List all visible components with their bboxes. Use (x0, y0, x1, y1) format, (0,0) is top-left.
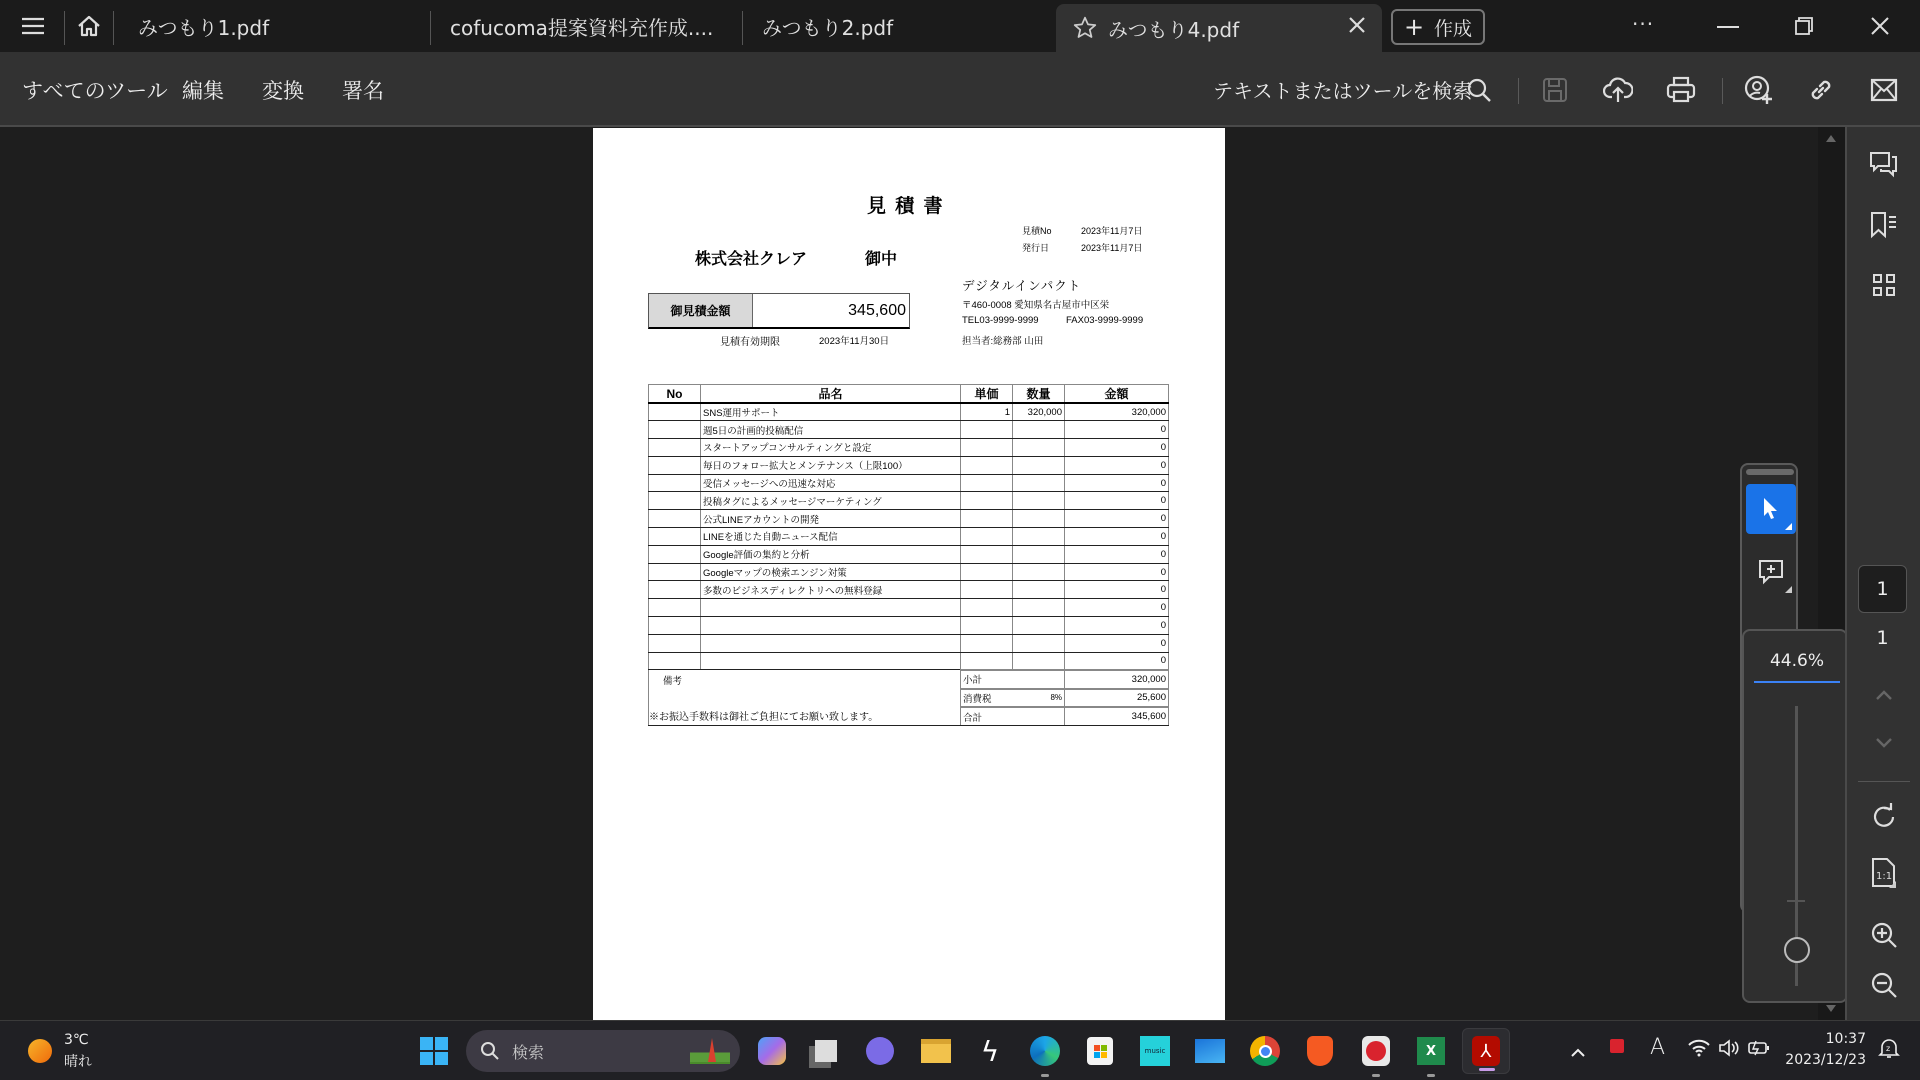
copilot-icon[interactable] (752, 1031, 792, 1071)
row-unit-price (961, 599, 1013, 617)
row-amount: 0 (1065, 528, 1169, 546)
print-icon[interactable] (1665, 74, 1697, 106)
row-qty (1013, 456, 1065, 474)
rail-divider (1858, 781, 1910, 782)
row-amount: 0 (1065, 617, 1169, 635)
row-item-name: スタートアップコンサルティングと設定 (701, 439, 961, 457)
table-row: スタートアップコンサルティングと設定0 (649, 439, 1169, 457)
cursor-arrow-icon (1759, 496, 1783, 522)
menu-hamburger-icon[interactable] (18, 12, 48, 40)
search-icon (480, 1041, 500, 1061)
col-header-qty: 数量 (1013, 385, 1065, 404)
tray-app-icon[interactable] (1610, 1039, 1624, 1053)
windows-logo-icon (420, 1037, 448, 1065)
search-icon[interactable] (1463, 74, 1495, 106)
restore-icon[interactable] (1786, 12, 1822, 40)
row-no (649, 421, 701, 439)
plus-icon: + (1404, 15, 1424, 39)
next-page-icon[interactable] (1866, 725, 1902, 761)
row-item-name: 投稿タグによるメッセージマーケティング (701, 492, 961, 510)
right-rail: 1 1 1:1 (1845, 127, 1920, 1020)
bookmarks-icon[interactable] (1866, 207, 1902, 243)
clock-time[interactable]: 10:37 (1786, 1031, 1866, 1047)
cloud-upload-icon[interactable] (1602, 74, 1634, 106)
weather-condition: 晴れ (64, 1051, 92, 1071)
row-amount: 0 (1065, 510, 1169, 528)
meta-value-issue-date: 2023年11月7日 (1081, 241, 1142, 254)
row-qty (1013, 545, 1065, 563)
row-qty (1013, 563, 1065, 581)
row-amount: 0 (1065, 563, 1169, 581)
table-row: 0 (649, 599, 1169, 617)
sun-icon (28, 1039, 52, 1063)
row-unit-price (961, 545, 1013, 563)
quote-table: No 品名 単価 数量 金額 SNS運用サポート1320,000320,000週… (648, 384, 1169, 726)
ime-indicator[interactable]: A (1650, 1035, 1665, 1060)
share-user-icon[interactable] (1742, 74, 1774, 106)
table-row: 0 (649, 617, 1169, 635)
row-qty: 320,000 (1013, 403, 1065, 421)
row-item-name (701, 599, 961, 617)
menu-convert[interactable]: 変換 (262, 52, 304, 127)
total-value: 345,600 (1065, 707, 1169, 726)
row-item-name: 公式LINEアカウントの開発 (701, 510, 961, 528)
amazon-music-icon[interactable]: music (1135, 1031, 1175, 1071)
total-amount-label: 御見積金額 (649, 294, 753, 327)
tab-label: cofucoma提案資料充作成.... (450, 12, 713, 41)
row-no (649, 492, 701, 510)
row-qty (1013, 617, 1065, 635)
issuer-fax: FAX03-9999-9999 (1066, 315, 1143, 326)
tax-value: 25,600 (1065, 689, 1169, 708)
menu-all-tools[interactable]: すべてのツール (22, 52, 168, 127)
taskbar: 3℃ 晴れ 検索 ϟ music X ⅄ A 10:37 2023/12/23 … (0, 1020, 1920, 1080)
tool-search-input[interactable]: テキストまたはツールを検索 (1213, 52, 1472, 127)
meet-icon[interactable] (860, 1031, 900, 1071)
link-icon[interactable] (1805, 74, 1837, 106)
row-unit-price (961, 474, 1013, 492)
tab-cofucoma[interactable]: cofucoma提案資料充作成.... (450, 0, 713, 52)
row-no (649, 474, 701, 492)
taskbar-search-box[interactable]: 検索 (466, 1030, 740, 1072)
row-unit-price (961, 439, 1013, 457)
row-item-name: 週5日の計画的投稿配信 (701, 421, 961, 439)
table-row: 投稿タグによるメッセージマーケティング0 (649, 492, 1169, 510)
clock-date[interactable]: 2023/12/23 (1766, 1052, 1866, 1068)
tab-mitsumori4[interactable]: みつもり4.pdf (1056, 4, 1382, 52)
tab-label: みつもり2.pdf (762, 12, 893, 41)
row-item-name: 毎日のフォロー拡大とメンテナンス（上限100） (701, 456, 961, 474)
row-unit-price (961, 456, 1013, 474)
volume-icon[interactable] (1718, 1039, 1740, 1061)
meta-value-estimate-no: 2023年11月7日 (1081, 224, 1142, 237)
row-unit-price (961, 634, 1013, 652)
row-no (649, 563, 701, 581)
tab-mitsumori1[interactable]: みつもり1.pdf (138, 0, 269, 52)
row-unit-price (961, 510, 1013, 528)
zoom-out-icon[interactable] (1866, 967, 1902, 1003)
issuer-name: デジタルインパクト (962, 276, 1081, 294)
mail-icon[interactable] (1190, 1031, 1230, 1071)
svg-text:z: z (1886, 1044, 1890, 1053)
tab-label: みつもり1.pdf (138, 12, 269, 41)
create-label: 作成 (1434, 14, 1472, 41)
notification-bell-icon[interactable]: z (1878, 1037, 1900, 1063)
total-label: 合計 (961, 707, 1065, 726)
row-no (649, 528, 701, 546)
add-comment-tool-button[interactable] (1746, 547, 1796, 597)
issuer-address: 〒460-0008 愛知県名古屋市中区栄 (962, 297, 1109, 311)
table-row: SNS運用サポート1320,000320,000 (649, 403, 1169, 421)
row-qty (1013, 528, 1065, 546)
star-icon[interactable] (1072, 15, 1098, 41)
remarks-cell: 備考 ※お振込手数料は御社ご負担にてお願い致します。 (649, 670, 961, 726)
row-item-name: Google評価の集約と分析 (701, 545, 961, 563)
document-title: 見 積 書 (867, 191, 945, 218)
zoom-slider-thumb[interactable] (1784, 937, 1810, 963)
zoom-in-icon[interactable] (1866, 917, 1902, 953)
total-amount-value: 345,600 (753, 294, 909, 327)
row-no (649, 403, 701, 421)
svg-text:1:1: 1:1 (1876, 871, 1892, 882)
total-pages: 1 (1858, 627, 1907, 649)
more-options-icon[interactable]: ··· (1632, 12, 1654, 36)
close-tab-icon[interactable] (1348, 16, 1366, 34)
row-no (649, 652, 701, 670)
brave-icon[interactable] (1300, 1031, 1340, 1071)
row-no (649, 510, 701, 528)
comments-icon[interactable] (1866, 147, 1902, 183)
table-row: 多数のビジネスディレクトリへの無料登録0 (649, 581, 1169, 599)
row-qty (1013, 510, 1065, 528)
table-row: 受信メッセージへの迅速な対応0 (649, 474, 1169, 492)
row-amount: 0 (1065, 545, 1169, 563)
row-qty (1013, 474, 1065, 492)
home-icon[interactable] (74, 12, 104, 40)
tax-label: 消費税 (961, 689, 1013, 708)
remarks-note: ※お振込手数料は御社ご負担にてお願い致します。 (649, 708, 878, 723)
subtotal-value: 320,000 (1065, 670, 1169, 689)
close-window-icon[interactable] (1862, 12, 1898, 40)
start-button[interactable] (414, 1031, 454, 1071)
row-no (649, 456, 701, 474)
row-no (649, 439, 701, 457)
row-item-name (701, 617, 961, 635)
row-amount: 0 (1065, 439, 1169, 457)
row-item-name: LINEを通じた自動ニュース配信 (701, 528, 961, 546)
pdf-page: 見 積 書 見積No 2023年11月7日 発行日 2023年11月7日 株式会… (593, 128, 1225, 1020)
menu-edit[interactable]: 編集 (182, 52, 224, 127)
create-button[interactable]: + 作成 (1391, 9, 1485, 45)
row-no (649, 581, 701, 599)
row-item-name: Googleマップの検索エンジン対策 (701, 563, 961, 581)
row-item-name: 受信メッセージへの迅速な対応 (701, 474, 961, 492)
row-unit-price (961, 563, 1013, 581)
row-qty (1013, 421, 1065, 439)
tax-rate: 8% (1013, 689, 1065, 708)
table-row: LINEを通じた自動ニュース配信0 (649, 528, 1169, 546)
task-view-icon[interactable] (806, 1031, 846, 1071)
trend-micro-icon[interactable] (1356, 1031, 1396, 1071)
actual-size-icon[interactable]: 1:1 (1866, 855, 1902, 891)
validity-label: 見積有効期限 (720, 333, 780, 348)
row-amount: 0 (1065, 474, 1169, 492)
submenu-triangle-icon (1785, 586, 1792, 593)
row-item-name (701, 652, 961, 670)
tokyo-tower-icon (690, 1038, 730, 1064)
row-no (649, 599, 701, 617)
table-row: 週5日の計画的投稿配信0 (649, 421, 1169, 439)
issuer-contact: 担当者:総務部 山田 (962, 333, 1043, 347)
row-item-name (701, 634, 961, 652)
comment-plus-icon (1757, 558, 1785, 586)
row-no (649, 617, 701, 635)
row-amount: 0 (1065, 492, 1169, 510)
zoom-popup: 44.6% (1742, 629, 1848, 1003)
row-qty (1013, 492, 1065, 510)
taskbar-search-placeholder: 検索 (512, 1040, 544, 1063)
wifi-icon[interactable] (1688, 1039, 1710, 1061)
table-row: 0 (649, 652, 1169, 670)
minimize-icon[interactable] (1710, 14, 1746, 40)
submenu-triangle-icon (1785, 523, 1792, 530)
row-qty (1013, 581, 1065, 599)
row-unit-price (961, 421, 1013, 439)
col-header-item: 品名 (701, 385, 961, 404)
select-tool-button[interactable] (1746, 484, 1796, 534)
row-item-name: SNS運用サポート (701, 403, 961, 421)
meta-label-estimate-no: 見積No (1022, 224, 1052, 237)
toolbar: すべてのツール 編集 変換 署名 テキストまたはツールを検索 (0, 52, 1920, 127)
save-icon[interactable] (1539, 74, 1571, 106)
zoom-slider-tick (1787, 900, 1805, 902)
row-item-name: 多数のビジネスディレクトリへの無料登録 (701, 581, 961, 599)
tab-bar: みつもり1.pdf cofucoma提案資料充作成.... みつもり2.pdf … (0, 0, 1920, 52)
app-bolt-icon[interactable]: ϟ (970, 1031, 1010, 1071)
rotate-icon[interactable] (1866, 799, 1902, 835)
issuer-tel: TEL03-9999-9999 (962, 315, 1039, 326)
chrome-icon[interactable] (1245, 1031, 1285, 1071)
row-amount: 0 (1065, 581, 1169, 599)
row-amount: 320,000 (1065, 403, 1169, 421)
tab-mitsumori2[interactable]: みつもり2.pdf (762, 0, 893, 52)
previous-page-icon[interactable] (1866, 677, 1902, 713)
row-qty (1013, 634, 1065, 652)
row-unit-price (961, 652, 1013, 670)
client-honorific: 御中 (865, 246, 897, 269)
row-unit-price: 1 (961, 403, 1013, 421)
subtotal-label: 小計 (961, 670, 1065, 689)
meta-label-issue-date: 発行日 (1022, 241, 1049, 254)
client-name: 株式会社クレア (695, 246, 807, 269)
validity-value: 2023年11月30日 (819, 333, 889, 347)
total-amount-box: 御見積金額 345,600 (648, 293, 910, 329)
scroll-up-arrow-icon[interactable] (1826, 135, 1836, 142)
table-row: 毎日のフォロー拡大とメンテナンス（上限100）0 (649, 456, 1169, 474)
row-qty (1013, 439, 1065, 457)
show-hidden-icons-chevron-icon[interactable] (1570, 1043, 1586, 1062)
row-amount: 0 (1065, 599, 1169, 617)
edge-icon[interactable] (1025, 1031, 1065, 1071)
scroll-down-arrow-icon[interactable] (1826, 1005, 1836, 1012)
thumbnails-grid-icon[interactable] (1866, 267, 1902, 303)
col-header-amount: 金額 (1065, 385, 1169, 404)
row-unit-price (961, 492, 1013, 510)
row-unit-price (961, 581, 1013, 599)
row-amount: 0 (1065, 421, 1169, 439)
table-row: 0 (649, 634, 1169, 652)
weather-temp: 3℃ (64, 1032, 89, 1048)
tab-label: みつもり4.pdf (1108, 14, 1239, 43)
page-number-input[interactable]: 1 (1858, 565, 1907, 613)
row-amount: 0 (1065, 456, 1169, 474)
email-icon[interactable] (1868, 74, 1900, 106)
row-unit-price (961, 528, 1013, 546)
microsoft-store-icon[interactable] (1080, 1031, 1120, 1071)
col-header-unit-price: 単価 (961, 385, 1013, 404)
row-qty (1013, 599, 1065, 617)
row-qty (1013, 652, 1065, 670)
remarks-label: 備考 (663, 673, 682, 687)
weather-widget[interactable]: 3℃ 晴れ (24, 1029, 144, 1073)
acrobat-icon[interactable]: ⅄ (1462, 1028, 1510, 1074)
zoom-level-input[interactable]: 44.6% (1754, 651, 1840, 683)
row-unit-price (961, 617, 1013, 635)
row-amount: 0 (1065, 634, 1169, 652)
table-row: Google評価の集約と分析0 (649, 545, 1169, 563)
row-no (649, 545, 701, 563)
excel-icon[interactable]: X (1411, 1031, 1451, 1071)
table-row: Googleマップの検索エンジン対策0 (649, 563, 1169, 581)
row-amount: 0 (1065, 652, 1169, 670)
table-row: 公式LINEアカウントの開発0 (649, 510, 1169, 528)
file-explorer-icon[interactable] (916, 1031, 956, 1071)
menu-sign[interactable]: 署名 (342, 52, 384, 127)
row-no (649, 634, 701, 652)
drag-handle[interactable] (1746, 469, 1794, 475)
col-header-no: No (649, 385, 701, 404)
